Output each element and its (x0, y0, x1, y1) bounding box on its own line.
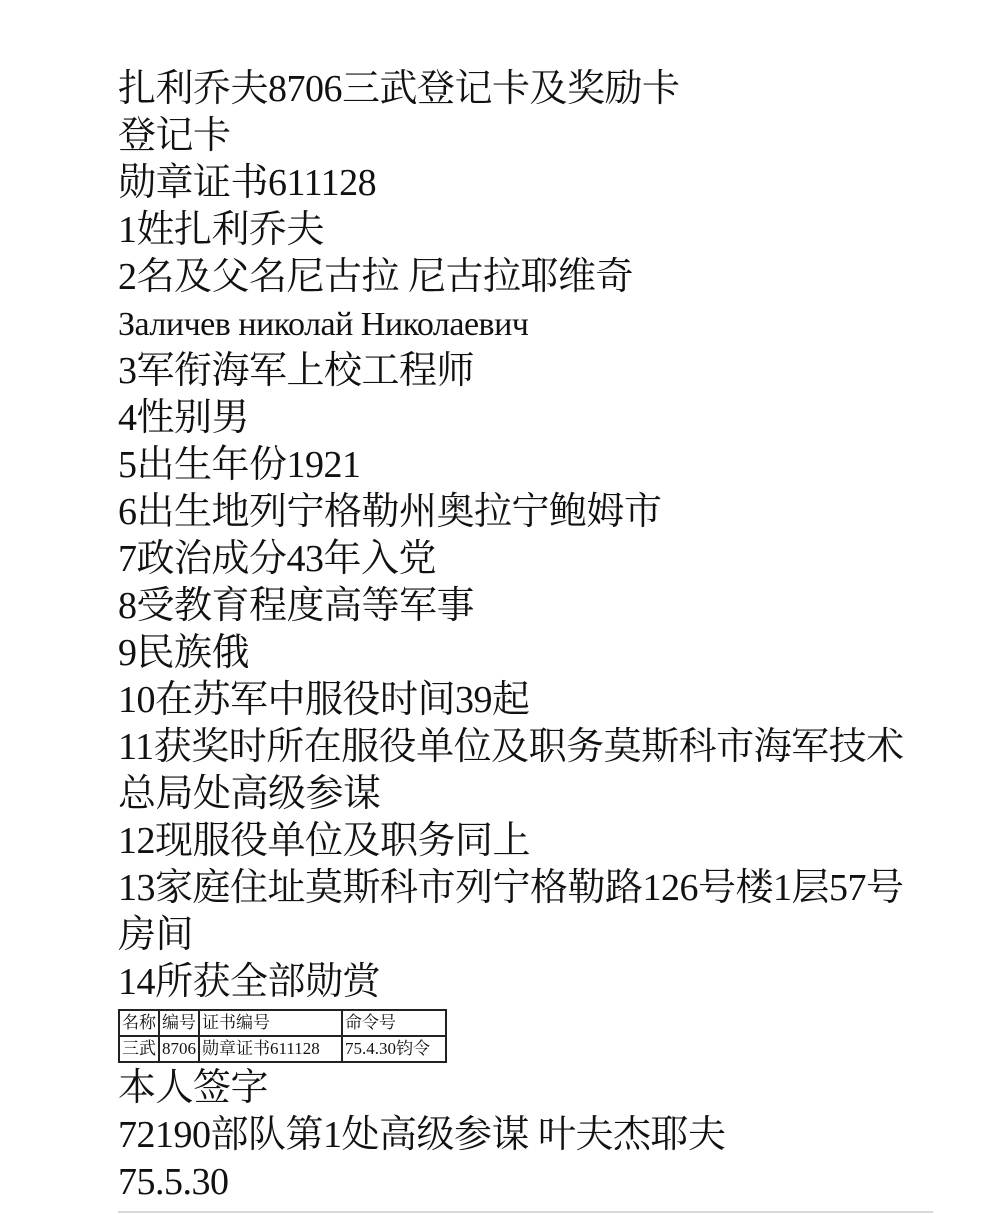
signature-label: 本人签字 (118, 1065, 938, 1112)
header-cell: 名称 (119, 1010, 159, 1036)
field-education: 8受教育程度高等军事 (118, 583, 938, 630)
field-nationality: 9民族俄 (118, 630, 938, 677)
signature-date: 75.5.30 (118, 1159, 938, 1206)
registration-card-document: 扎利乔夫8706三武登记卡及奖励卡 登记卡 勋章证书611128 1姓扎利乔夫 … (118, 66, 938, 1206)
table-row: 三武 8706 勋章证书611128 75.4.30钧令 (119, 1036, 446, 1062)
header-cell: 编号 (159, 1010, 199, 1036)
table-cell: 勋章证书611128 (199, 1036, 342, 1062)
page-bottom-divider (118, 1211, 933, 1213)
field-party: 7政治成分43年入党 (118, 536, 938, 583)
field-home-address: 13家庭住址莫斯科市列宁格勒路126号楼1层57号房间 (118, 865, 938, 959)
field-name-russian: Заличев николай Николаевич (118, 301, 938, 348)
certificate-number: 勋章证书611128 (118, 160, 938, 207)
table-cell: 8706 (159, 1036, 199, 1062)
document-subtitle: 登记卡 (118, 113, 938, 160)
table-cell: 75.4.30钧令 (342, 1036, 446, 1062)
header-cell: 命令号 (342, 1010, 446, 1036)
field-rank: 3军衔海军上校工程师 (118, 348, 938, 395)
table-header-row: 名称 编号 证书编号 命令号 (119, 1010, 446, 1036)
table-cell: 三武 (119, 1036, 159, 1062)
signer: 72190部队第1处高级参谋 叶夫杰耶夫 (118, 1112, 938, 1159)
field-unit-at-award: 11获奖时所在服役单位及职务莫斯科市海军技术总局处高级参谋 (118, 724, 938, 818)
field-surname: 1姓扎利乔夫 (118, 207, 938, 254)
field-current-unit: 12现服役单位及职务同上 (118, 818, 938, 865)
field-birth-year: 5出生年份1921 (118, 442, 938, 489)
header-cell: 证书编号 (199, 1010, 342, 1036)
field-all-awards: 14所获全部勋赏 (118, 959, 938, 1006)
field-name-patronymic: 2名及父名尼古拉 尼古拉耶维奇 (118, 254, 938, 301)
field-birthplace: 6出生地列宁格勒州奥拉宁鲍姆市 (118, 489, 938, 536)
field-service-start: 10在苏军中服役时间39起 (118, 677, 938, 724)
awards-table: 名称 编号 证书编号 命令号 三武 8706 勋章证书611128 75.4.3… (118, 1009, 447, 1063)
document-title: 扎利乔夫8706三武登记卡及奖励卡 (118, 66, 938, 113)
field-sex: 4性别男 (118, 395, 938, 442)
